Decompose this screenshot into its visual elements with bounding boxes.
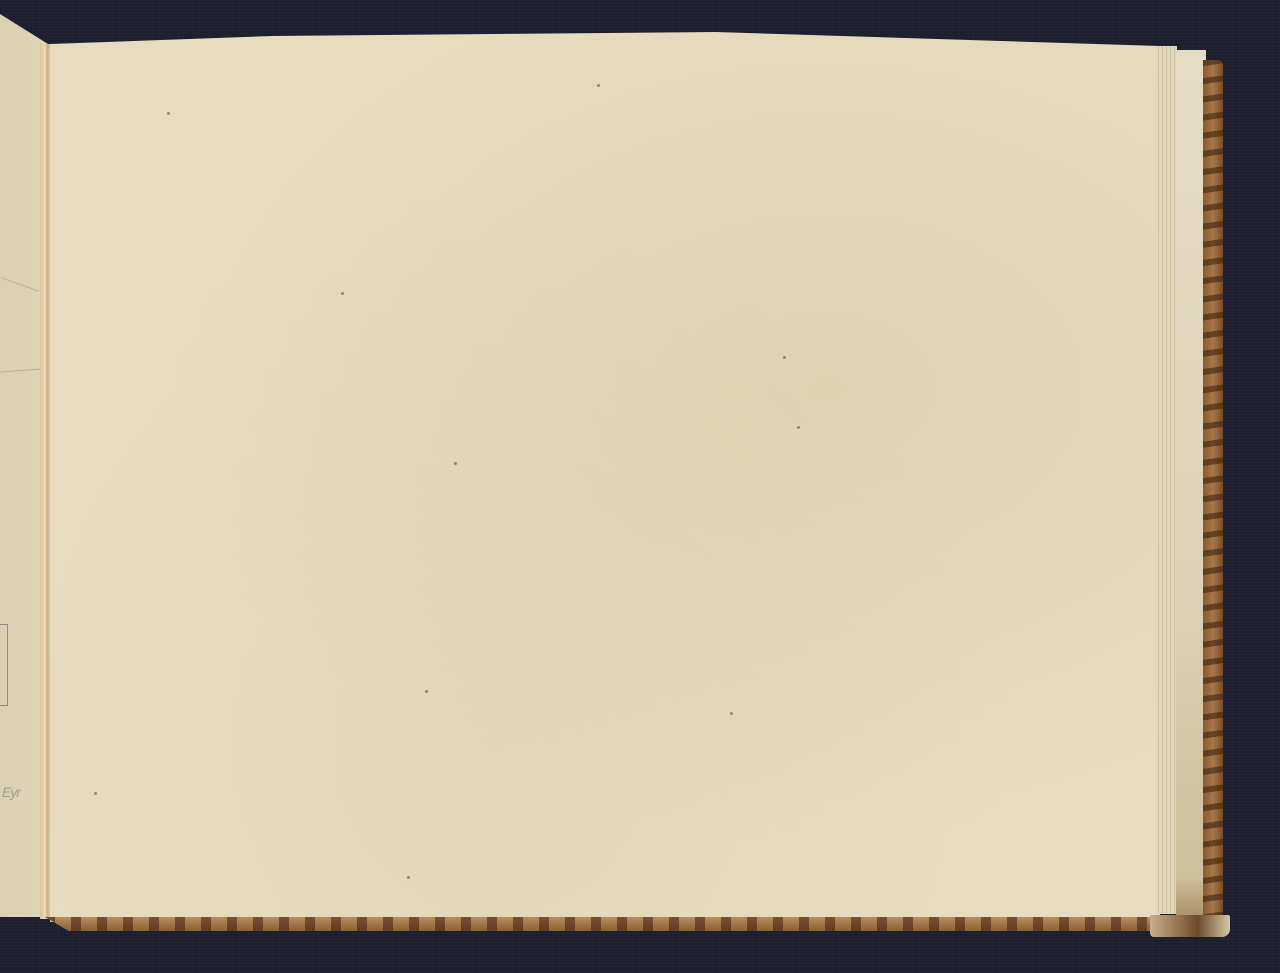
page-edge-stack (1155, 46, 1177, 914)
leather-binding (1203, 60, 1223, 926)
bottom-cover-board (45, 917, 1225, 931)
foxing-speck (730, 712, 733, 715)
foxing-speck (454, 462, 457, 465)
foxing-speck (407, 876, 410, 879)
foxing-speck (797, 426, 800, 429)
foxing-speck (597, 84, 600, 87)
foxing-speck (341, 292, 344, 295)
sketch-line (0, 369, 42, 373)
foxing-speck (167, 112, 170, 115)
foxing-speck (783, 356, 786, 359)
worn-corner (1150, 915, 1230, 937)
blank-right-page (50, 32, 1160, 922)
endpaper (1176, 50, 1206, 922)
sketch-fragment (0, 624, 8, 706)
sketch-line (1, 277, 39, 292)
foxing-speck (94, 792, 97, 795)
sketch-handwriting: Eyr (2, 784, 20, 800)
foxing-speck (425, 690, 428, 693)
